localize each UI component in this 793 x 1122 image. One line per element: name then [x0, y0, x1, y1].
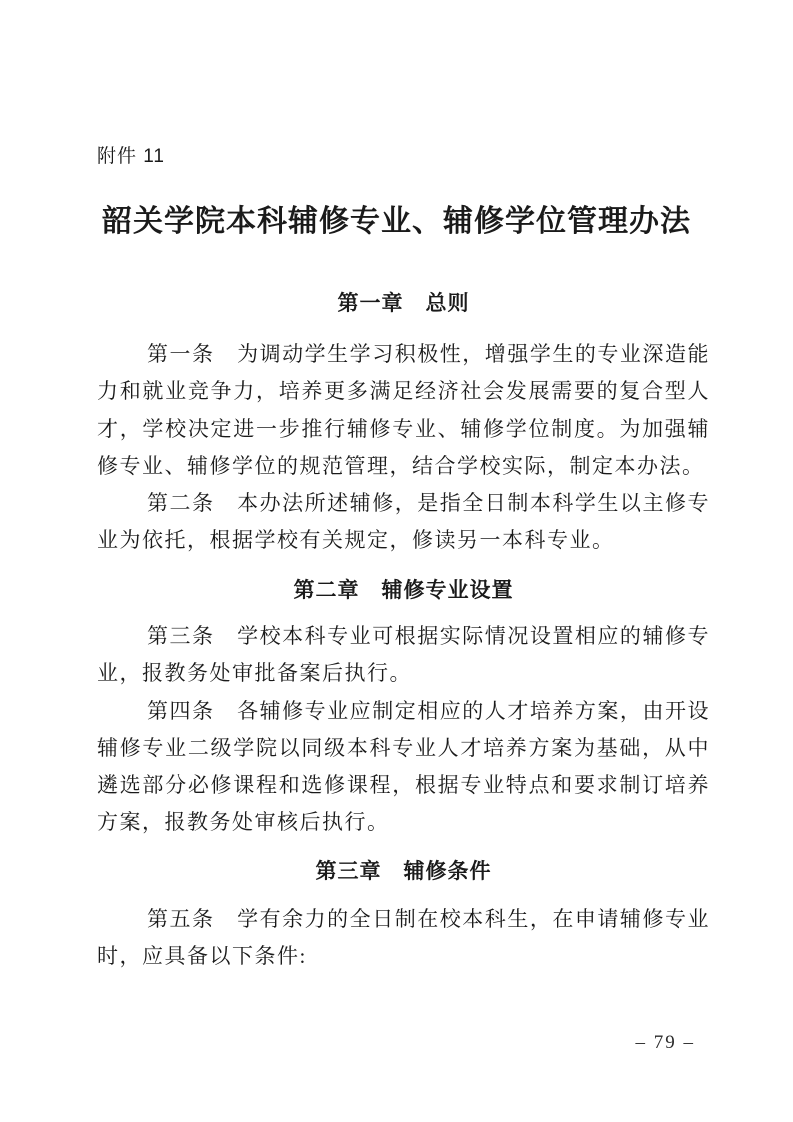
article-1-paragraph: 第一条 为调动学生学习积极性，增强学生的专业深造能力和就业竞争力，培养更多满足经…	[97, 336, 710, 485]
chapter-2-heading: 第二章 辅修专业设置	[97, 578, 710, 603]
article-3-paragraph: 第三条 学校本科专业可根据实际情况设置相应的辅修专业，报教务处审批备案后执行。	[97, 618, 710, 693]
chapter-2-body: 第三条 学校本科专业可根据实际情况设置相应的辅修专业，报教务处审批备案后执行。 …	[97, 618, 710, 842]
page-number: – 79 –	[636, 1031, 696, 1055]
article-2-paragraph: 第二条 本办法所述辅修，是指全日制本科学生以主修专业为依托，根据学校有关规定，修…	[97, 485, 710, 560]
article-5-paragraph: 第五条 学有余力的全日制在校本科生，在申请辅修专业时，应具备以下条件:	[97, 901, 710, 976]
document-page: 附件 11 韶关学院本科辅修专业、辅修学位管理办法 第一章 总则 第一条 为调动…	[0, 0, 793, 1122]
document-title: 韶关学院本科辅修专业、辅修学位管理办法	[83, 203, 710, 240]
article-4-paragraph: 第四条 各辅修专业应制定相应的人才培养方案，由开设辅修专业二级学院以同级本科专业…	[97, 693, 710, 842]
chapter-3-body: 第五条 学有余力的全日制在校本科生，在申请辅修专业时，应具备以下条件:	[97, 901, 710, 976]
chapter-1-heading: 第一章 总则	[97, 291, 710, 316]
annex-label: 附件 11	[97, 146, 165, 168]
chapter-1-body: 第一条 为调动学生学习积极性，增强学生的专业深造能力和就业竞争力，培养更多满足经…	[97, 336, 710, 560]
chapter-3-heading: 第三章 辅修条件	[97, 859, 710, 884]
